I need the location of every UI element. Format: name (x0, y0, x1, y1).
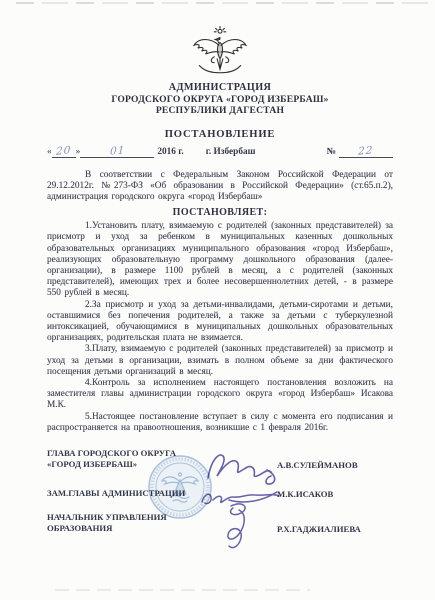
number-sign: № (327, 147, 336, 157)
decree-item-5: 5.Настоящее постановление вступает в сил… (47, 412, 393, 434)
decree-item-1: 1.Установить плату, взимаемую с родителе… (47, 221, 393, 299)
handwritten-day: 20 (52, 147, 76, 158)
resolves-heading: ПОСТАНОВЛЯЕТ: (47, 207, 393, 218)
decree-item-2: 2.За присмотр и уход за детьми-инвалидам… (47, 300, 393, 345)
scan-artifact-bottom (55, 589, 310, 591)
scanned-decree-page: АДМИНИСТРАЦИЯ ГОРОДСКОГО ОКРУГА «ГОРОД И… (0, 0, 435, 600)
document-title: ПОСТАНОВЛЕНИЕ (47, 129, 393, 140)
org-name-line1: АДМИНИСТРАЦИЯ (47, 82, 393, 94)
org-name-line3: РЕСПУБЛИКИ ДАГЕСТАН (47, 105, 393, 117)
year-label: 2016 г. (157, 147, 183, 157)
date-and-number-line: «20»012016 г.г. Избербаш№22 (47, 147, 393, 158)
intro-paragraph: В соответствии с Федеральным Законом Рос… (47, 170, 393, 204)
letterhead: АДМИНИСТРАЦИЯ ГОРОДСКОГО ОКРУГА «ГОРОД И… (47, 0, 393, 117)
decree-item-3: 3.Плату, взимаемую с родителей (законных… (47, 344, 393, 378)
org-name-line2: ГОРОДСКОГО ОКРУГА «ГОРОД ИЗБЕРБАШ» (47, 94, 393, 106)
dagestan-coat-of-arms-icon (190, 26, 250, 80)
signer-name: А.В.СУЛЕЙМАНОВ (277, 460, 358, 470)
signer-name: М.К.ИСАКОВ (277, 489, 333, 499)
handwritten-number: 22 (339, 147, 393, 158)
decree-item-4: 4.Контроль за исполнением настоящего пос… (47, 378, 393, 412)
scan-artifact-top (16, 2, 429, 4)
signer-name: Р.Х.ГАДЖИАЛИЕВА (277, 524, 361, 534)
signature-stroke-head (205, 448, 285, 486)
signature-stroke-education (213, 500, 265, 552)
decree-body: В соответствии с Федеральным Законом Рос… (47, 170, 393, 434)
handwritten-month: 01 (80, 147, 154, 158)
city-label: г. Избербаш (206, 147, 256, 157)
signature-block: ГЛАВА ГОРОДСКОГО ОКРУГА «ГОРОД ИЗБЕРБАШ»… (47, 448, 393, 534)
